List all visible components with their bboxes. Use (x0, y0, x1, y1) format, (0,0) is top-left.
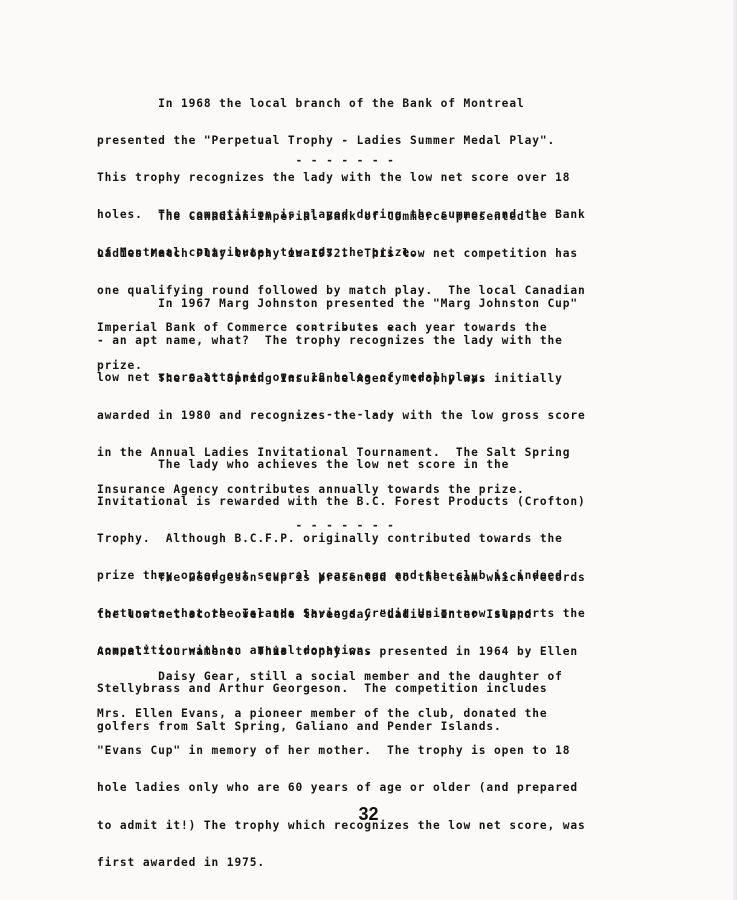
text-line: - an apt name, what? The trophy recogniz… (97, 335, 578, 347)
text-line: Invitational is rewarded with the B.C. F… (97, 496, 586, 508)
section-separator: - - - - - - - (97, 323, 395, 335)
text-line: the low net score over the three day "La… (97, 609, 586, 621)
text-line: The Canadian Imperial Bank of Commerce p… (97, 211, 586, 223)
text-line: presented the "Perpetual Trophy - Ladies… (97, 135, 586, 147)
text-line: This trophy recognizes the lady with the… (97, 172, 586, 184)
text-line: The Salt Spring Insurance Agency trophy … (97, 373, 586, 385)
scanned-page: In 1968 the local branch of the Bank of … (0, 0, 737, 900)
text-line: The lady who achieves the low net score … (97, 459, 586, 471)
text-line: The Georgeson Cup is presented to the te… (97, 572, 586, 584)
page-edge-shadow (733, 0, 737, 900)
paragraph-evans-cup: Daisy Gear, still a social member and th… (97, 646, 586, 894)
section-separator: - - - - - - - (97, 520, 395, 532)
section-separator: - - - - - - - (97, 250, 395, 262)
text-line: "Evans Cup" in memory of her mother. The… (97, 745, 586, 757)
text-line: In 1967 Marg Johnston presented the "Mar… (97, 298, 578, 310)
text-line: Trophy. Although B.C.F.P. originally con… (97, 533, 586, 545)
section-separator: - - - - - - - (97, 155, 395, 167)
text-line: first awarded in 1975. (97, 857, 586, 869)
text-line: In 1968 the local branch of the Bank of … (97, 98, 586, 110)
section-separator: - - - - - - - (97, 409, 395, 421)
page-number: 32 (0, 804, 737, 825)
text-line: Daisy Gear, still a social member and th… (97, 671, 586, 683)
text-line: hole ladies only who are 60 years of age… (97, 782, 586, 794)
text-line: Mrs. Ellen Evans, a pioneer member of th… (97, 708, 586, 720)
